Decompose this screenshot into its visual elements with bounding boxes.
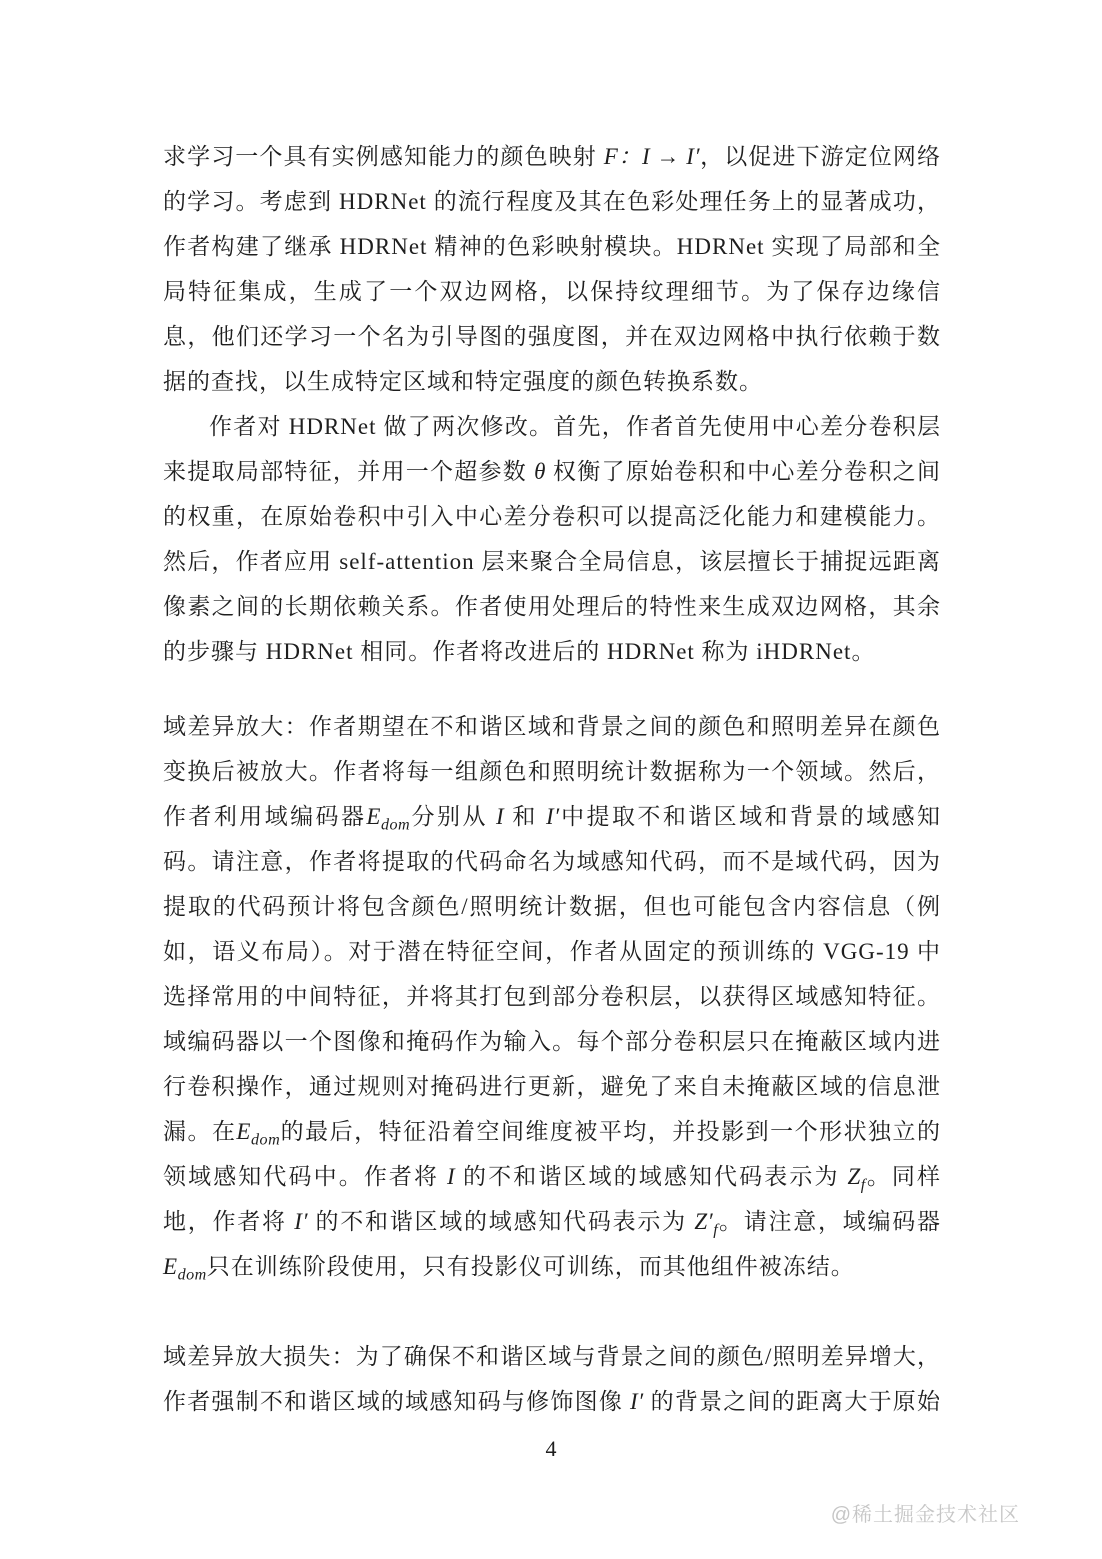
math-expression: Z′f bbox=[694, 1209, 718, 1234]
paragraph: 域差异放大损失：为了确保不和谐区域与背景之间的颜色/照明差异增大，作者强制不和谐… bbox=[163, 1334, 941, 1424]
math-expression: I′ bbox=[294, 1209, 308, 1234]
math-expression: I′ bbox=[630, 1389, 644, 1414]
math-expression: I bbox=[496, 804, 504, 829]
math-expression: I bbox=[447, 1164, 455, 1189]
paragraph: 域差异放大：作者期望在不和谐区域和背景之间的颜色和照明差异在颜色变换后被放大。作… bbox=[163, 704, 941, 1289]
math-expression: F：I → I′ bbox=[604, 144, 700, 169]
watermark: @稀土掘金技术社区 bbox=[831, 1498, 1020, 1527]
math-expression: Edom bbox=[236, 1119, 280, 1144]
math-expression: I′ bbox=[546, 804, 560, 829]
paragraph: 求学习一个具有实例感知能力的颜色映射 F：I → I′，以促进下游定位网络的学习… bbox=[163, 134, 941, 404]
math-expression: Edom bbox=[366, 804, 410, 829]
math-expression: Edom bbox=[163, 1254, 207, 1279]
document-page: 求学习一个具有实例感知能力的颜色映射 F：I → I′，以促进下游定位网络的学习… bbox=[0, 0, 1102, 1559]
math-expression: Zf bbox=[847, 1164, 865, 1189]
paragraph: 作者对 HDRNet 做了两次修改。首先，作者首先使用中心差分卷积层来提取局部特… bbox=[163, 404, 941, 674]
document-body: 求学习一个具有实例感知能力的颜色映射 F：I → I′，以促进下游定位网络的学习… bbox=[163, 134, 941, 1424]
page-number: 4 bbox=[0, 1436, 1102, 1462]
math-expression: θ bbox=[534, 459, 546, 484]
